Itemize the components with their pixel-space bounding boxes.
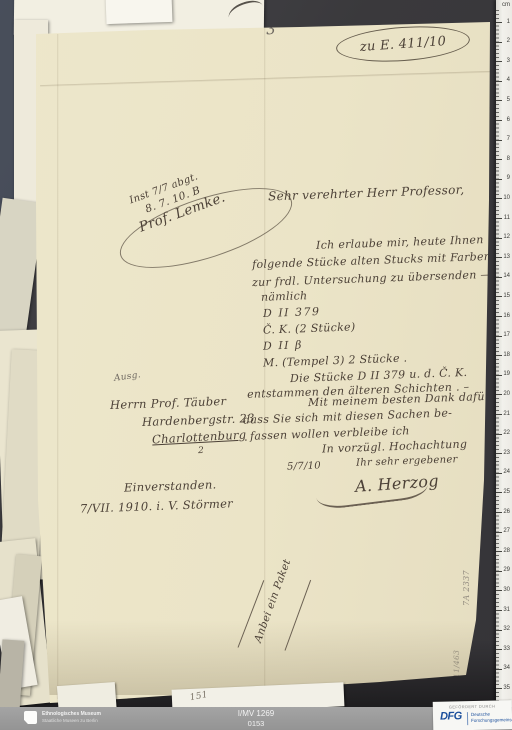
approval-line: 7/VII. 1910. i. V. Störmer <box>80 496 233 515</box>
ruler-cm-tick <box>496 42 502 43</box>
signature-flourish <box>315 471 429 510</box>
ruler-cm-number: 5 <box>507 97 510 103</box>
ruler-cm-number: 26 <box>503 509 510 515</box>
address-line: Charlottenburg <box>152 428 247 447</box>
ruler-cm-number: 7 <box>507 136 510 142</box>
funder-name-line1: Deutsche <box>471 712 490 717</box>
ruler-mm-ticks <box>496 10 499 707</box>
ruler-cm-number: 13 <box>503 254 510 260</box>
ruler-cm-tick <box>496 571 502 572</box>
funder-name-line2: Forschungsgemeinschaft <box>471 717 512 723</box>
ruler-cm-tick <box>496 179 502 180</box>
dfg-logo-patch: GEFÖRDERT DURCH DFG Deutsche Forschungsg… <box>433 700 512 730</box>
ruler-cm-number: 34 <box>503 665 510 671</box>
ruler-cm-number: 22 <box>503 430 510 436</box>
backing-sheet-tab <box>106 0 173 24</box>
ruler-cm-tick <box>496 296 502 297</box>
ruler-cm-number: 4 <box>507 77 510 83</box>
letter-sheet: 3 zu E. 411/10 Inst 7/7 abgt. 8. 7. 10. … <box>0 0 512 730</box>
ruler-cm-number: 21 <box>503 411 510 417</box>
date-note: 5/7/10 <box>287 460 321 472</box>
ruler-cm-tick <box>496 492 502 493</box>
ruler-cm-tick <box>496 198 502 199</box>
ruler-cm-tick <box>496 316 502 317</box>
slip-number: 151 <box>189 690 209 703</box>
ruler-cm-tick <box>496 649 502 650</box>
ruler-cm-number: 35 <box>503 685 510 691</box>
approval-line: Einverstanden. <box>124 477 217 494</box>
ruler-cm-number: 11 <box>504 215 510 221</box>
ruler: cm 1234567891011121314151617181920212223… <box>496 0 512 707</box>
ruler-cm-number: 9 <box>507 175 510 181</box>
ruler-cm-number: 3 <box>507 58 510 64</box>
ruler-cm-number: 29 <box>503 567 510 573</box>
ruler-cm-tick <box>496 336 502 337</box>
fold-crease-left <box>57 34 59 699</box>
ruler-cm-number: 33 <box>503 646 510 652</box>
ruler-cm-number: 17 <box>503 332 510 338</box>
address-line: Hardenbergstr. 23 <box>142 411 255 429</box>
ruler-cm-number: 18 <box>503 352 510 358</box>
ruler-cm-number: 12 <box>503 234 510 240</box>
ruler-cm-tick <box>496 512 502 513</box>
ruler-cm-number: 19 <box>503 371 510 377</box>
item-line: D II 379 <box>263 305 321 320</box>
ruler-cm-tick <box>496 610 502 611</box>
item-line: M. (Tempel 3) 2 Stücke . <box>263 351 408 369</box>
ruler-cm-tick <box>496 532 502 533</box>
ruler-cm-number: 32 <box>503 626 510 632</box>
body-line: zur frdl. Untersuchung zu übersenden — <box>252 268 492 289</box>
ruler-unit-label: cm <box>502 2 510 8</box>
address-line: Herrn Prof. Täuber <box>110 394 227 412</box>
ruler-cm-number: 28 <box>503 548 510 554</box>
ruler-cm-tick <box>496 355 502 356</box>
ruler-cm-number: 15 <box>503 293 510 299</box>
ruler-cm-tick <box>496 120 502 121</box>
body-line: nämlich <box>261 289 308 304</box>
ruler-cm-number: 25 <box>503 489 510 495</box>
ruler-cm-tick <box>496 277 502 278</box>
ruler-cm-tick <box>496 551 502 552</box>
ruler-cm-number: 1 <box>507 19 510 25</box>
ruler-cm-number: 6 <box>507 117 510 123</box>
ruler-cm-number: 23 <box>503 450 510 456</box>
ruler-cm-number: 30 <box>503 587 510 593</box>
ruler-cm-tick <box>496 453 502 454</box>
ruler-cm-number: 20 <box>503 391 510 397</box>
body-line: dass Sie sich mit diesen Sachen be- <box>243 406 453 426</box>
archival-photo: 3 zu E. 411/10 Inst 7/7 abgt. 8. 7. 10. … <box>0 0 512 730</box>
ruler-cm-number: 8 <box>507 156 510 162</box>
ruler-cm-tick <box>496 100 502 101</box>
ruler-cm-number: 10 <box>503 195 510 201</box>
edge-note-upper: 7A 2337 <box>462 570 471 606</box>
reference-note: zu E. 411/10 <box>359 34 446 55</box>
item-line: D II β <box>263 338 303 352</box>
ruler-cm-number: 31 <box>503 607 510 613</box>
item-line: Č. K. (2 Stücke) <box>263 320 356 336</box>
greeting: Sehr verehrter Herr Professor, <box>268 183 465 204</box>
ruler-cm-number: 14 <box>503 273 510 279</box>
ruler-cm-tick <box>496 434 502 435</box>
body-line: folgende Stücke alten Stucks mit Farben <box>252 250 492 271</box>
dfg-divider <box>467 712 468 725</box>
ruler-cm-number: 2 <box>507 38 510 44</box>
ruler-cm-tick <box>496 688 502 689</box>
ruler-cm-tick <box>496 257 502 258</box>
ruler-cm-tick <box>496 218 502 219</box>
ruler-cm-tick <box>496 140 502 141</box>
ruler-cm-tick <box>496 630 502 631</box>
edge-note-lower: 11/463 <box>452 650 461 678</box>
ruler-cm-tick <box>496 22 502 23</box>
fold-crease-horizontal <box>40 71 492 87</box>
ruler-cm-tick <box>496 473 502 474</box>
ruler-cm-number: 16 <box>503 313 510 319</box>
reference-oval: zu E. 411/10 <box>335 22 471 65</box>
dfg-abbr: DFG <box>440 710 462 722</box>
ruler-cm-tick <box>496 590 502 591</box>
ruler-cm-number: 27 <box>503 528 510 534</box>
body-line: Ich erlaube mir, heute Ihnen <box>316 233 484 252</box>
funding-label: GEFÖRDERT DURCH <box>449 704 496 710</box>
ruler-cm-tick <box>496 61 502 62</box>
closing-line: In vorzügl. Hochachtung <box>322 437 468 455</box>
ruler-cm-tick <box>496 669 502 670</box>
closing-line: Ihr sehr ergebener <box>356 454 458 469</box>
ruler-cm-tick <box>496 238 502 239</box>
page-number: 3 <box>265 20 277 39</box>
ruler-cm-tick <box>496 375 502 376</box>
ruler-cm-tick <box>496 414 502 415</box>
ruler-cm-tick <box>496 159 502 160</box>
ruler-cm-number: 24 <box>503 469 510 475</box>
dispatch-abbr: Ausg. <box>113 370 141 384</box>
ruler-cm-tick <box>496 394 502 395</box>
ruler-cm-tick <box>496 81 502 82</box>
address-suffix: 2 <box>198 446 204 456</box>
